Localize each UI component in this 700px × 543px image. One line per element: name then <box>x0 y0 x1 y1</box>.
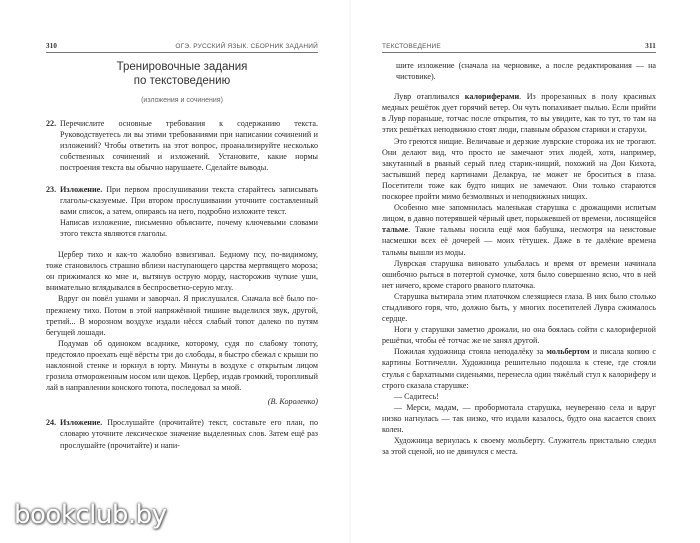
task-text: Перечислите основные требования к содерж… <box>60 118 318 173</box>
section-title-line: по текстоведению <box>46 74 318 88</box>
story-paragraph: — Садитесь! <box>382 391 656 402</box>
story-paragraph: Пожилая художница стояла неподалёку за м… <box>382 346 656 390</box>
story-paragraph: Подумав об одиноком всаднике, которому, … <box>46 338 318 393</box>
task-23: 23. Изложение. При первом прослушивании … <box>46 184 318 239</box>
story-paragraph: Ноги у старушки заметно дрожали, но она … <box>382 324 656 346</box>
paragraph-text: Пожилая художница стояла неподалёку за <box>394 347 546 356</box>
task-number: 22. <box>46 118 60 173</box>
task-label: Изложение. <box>60 418 102 427</box>
paragraph-text: Это греются нищие. Величавые и дерзкие л… <box>382 137 656 201</box>
story-paragraph: Луврская старушка виновато улыбалась и в… <box>382 258 656 291</box>
highlighted-word: мольбертом <box>546 347 589 356</box>
highlighted-word: калориферами <box>465 92 519 101</box>
task-label: Изложение. <box>60 185 102 194</box>
story-paragraph: Это греются нищие. Величавые и дерзкие л… <box>382 136 656 203</box>
running-title: ОГЭ. Русский язык. Сборник заданий <box>175 43 318 50</box>
story-paragraph: Старушка вытирала этим платочком слезящи… <box>382 291 656 324</box>
story-paragraph: Цербер тихо и как-то жалобно взвизгивал.… <box>46 249 318 293</box>
paragraph-text: Луврская старушка виновато улыбалась и в… <box>382 259 656 290</box>
task-instructions-2: Написав изложение, письменно объясните, … <box>60 218 318 238</box>
paragraph-text: Художница вернулась к своему мольберту. … <box>382 436 656 456</box>
right-page: Текстоведение 311 шите изложение (сначал… <box>382 0 656 543</box>
running-header: 310 ОГЭ. Русский язык. Сборник заданий <box>46 42 318 53</box>
section-title: Тренировочные задания по текстоведению <box>46 60 318 88</box>
running-header: Текстоведение 311 <box>382 42 656 53</box>
story-text: Лувр отапливался калориферами. Из прорез… <box>382 91 656 457</box>
task-text: Изложение. При первом прослушивании текс… <box>60 184 318 239</box>
story-paragraph: Художница вернулась к своему мольберту. … <box>382 435 656 457</box>
paragraph-text: Особенно мне запомнилась маленькая стару… <box>382 203 656 223</box>
task-22: 22. Перечислите основные требования к со… <box>46 118 318 173</box>
paragraph-text: . Такие тальмы носила ещё моя бабушка, н… <box>382 225 656 256</box>
task-number: 24. <box>46 417 60 450</box>
story-paragraph: Особенно мне запомнилась маленькая стару… <box>382 202 656 257</box>
page-number: 310 <box>46 42 57 50</box>
page-number: 311 <box>645 42 656 50</box>
section-title-line: Тренировочные задания <box>46 60 318 74</box>
story-paragraph: Лувр отапливался калориферами. Из прорез… <box>382 91 656 135</box>
highlighted-word: тальме <box>382 225 408 234</box>
paragraph-text: Лувр отапливался <box>394 92 465 101</box>
task-24: 24. Изложение. Прослушайте (прочитайте) … <box>46 417 318 450</box>
paragraph-text: Ноги у старушки заметно дрожали, но она … <box>382 325 656 345</box>
running-title: Текстоведение <box>382 43 441 50</box>
task-number: 23. <box>46 184 60 239</box>
paragraph-text: — Садитесь! <box>394 392 439 401</box>
story-paragraph: Вдруг он повёл ушами и заворчал. Я присл… <box>46 293 318 337</box>
section-subtitle: (изложения и сочинения) <box>46 95 318 106</box>
watermark-logo: bookclub.by <box>14 500 167 530</box>
paragraph-text: — Мерси, мадам, — пробормотала старушка,… <box>382 403 656 434</box>
author-attribution: (В. Короленко) <box>46 396 318 407</box>
task-continuation: шите изложение (сначала на черновике, а … <box>382 60 656 82</box>
left-page: 310 ОГЭ. Русский язык. Сборник заданий Т… <box>46 0 318 543</box>
paragraph-text: Старушка вытирала этим платочком слезящи… <box>382 292 656 323</box>
task-text: Изложение. Прослушайте (прочитайте) текс… <box>60 417 318 450</box>
page-body: шите изложение (сначала на черновике, а … <box>382 60 656 457</box>
story-paragraph: — Мерси, мадам, — пробормотала старушка,… <box>382 402 656 435</box>
page-body: Тренировочные задания по текстоведению (… <box>46 60 318 461</box>
book-spine <box>349 0 351 543</box>
